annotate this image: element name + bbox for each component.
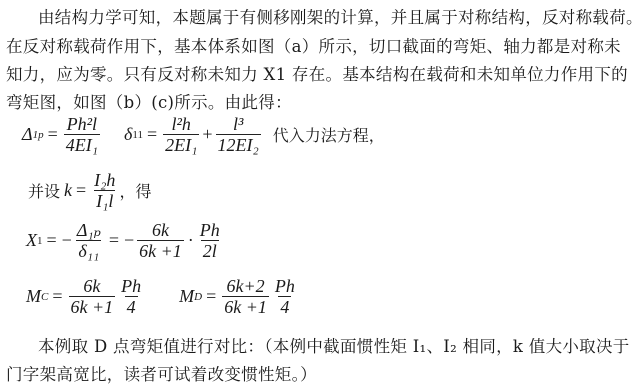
text-line: 由结构力学可知，本题属于有侧移刚架的计算，并且属于对称结构，反对称载荷。 xyxy=(38,8,640,28)
formula-suffix: ，得 xyxy=(119,179,151,202)
fraction: I₂h I₁l xyxy=(92,170,117,211)
fraction: Ph 4 xyxy=(273,276,297,317)
equals-sign: = xyxy=(48,124,58,145)
equals-sign: = xyxy=(52,286,62,307)
delta-symbol: Δ xyxy=(22,124,33,145)
equals-sign: = xyxy=(76,180,86,201)
equals-sign: = xyxy=(47,230,57,251)
formula-moments: MC = 6k 6k +1 Ph 4 MD = 6k+2 6k +1 Ph 4 xyxy=(26,276,299,317)
text-line: 知力，应为零。只有反对称未知力 X1 存在。基本结构在载荷和未知单位力作用下的 xyxy=(6,65,628,85)
fraction: 6k+2 6k +1 xyxy=(222,276,269,317)
text-line: 弯矩图，如图（b）(c)所示。由此得： xyxy=(6,93,292,113)
md-symbol: M xyxy=(179,286,194,307)
text-line: 在反对称载荷作用下，基本体系如图（a）所示，切口截面的弯矩、轴力都是对称未 xyxy=(6,37,621,57)
text-line: 门字架高宽比，读者可试着改变惯性矩。） xyxy=(6,365,317,385)
fraction: Ph 4 xyxy=(119,276,143,317)
fraction: l³ 12EI₂ xyxy=(216,114,261,155)
fraction: Δ₁ₚ δ₁₁ xyxy=(75,220,103,261)
fraction: l²h 2EI₁ xyxy=(163,114,199,155)
text-line: 本例取 D 点弯矩值进行对比：（本例中截面惯性矩 I₁、I₂ 相同，k 值大小取… xyxy=(38,337,630,357)
x-symbol: X xyxy=(26,230,37,251)
plus-sign: + xyxy=(202,124,212,145)
formula-caption: 代入力法方程， xyxy=(273,123,385,146)
mc-symbol: M xyxy=(26,286,41,307)
equals-sign: = xyxy=(147,124,157,145)
fraction: Ph 2l xyxy=(198,220,222,261)
fraction: 6k 6k +1 xyxy=(137,220,184,261)
formula-x1: X1 =− Δ₁ₚ δ₁₁ =− 6k 6k +1 · Ph 2l xyxy=(26,220,224,261)
equals-sign: = xyxy=(206,286,216,307)
formula-prefix: 并设 xyxy=(28,179,60,202)
delta11-symbol: δ xyxy=(124,124,132,145)
formula-k: 并设 k = I₂h I₁l ，得 xyxy=(28,170,151,211)
fraction: Ph²l 4EI₁ xyxy=(64,114,100,155)
fraction: 6k 6k +1 xyxy=(69,276,116,317)
delta-subscript: 1p xyxy=(33,129,44,141)
equals-sign: = xyxy=(109,230,119,251)
delta11-subscript: 11 xyxy=(132,129,143,141)
k-symbol: k xyxy=(64,180,72,201)
formula-delta: Δ1p = Ph²l 4EI₁ δ11 = l²h 2EI₁ + l³ 12EI… xyxy=(22,114,385,155)
